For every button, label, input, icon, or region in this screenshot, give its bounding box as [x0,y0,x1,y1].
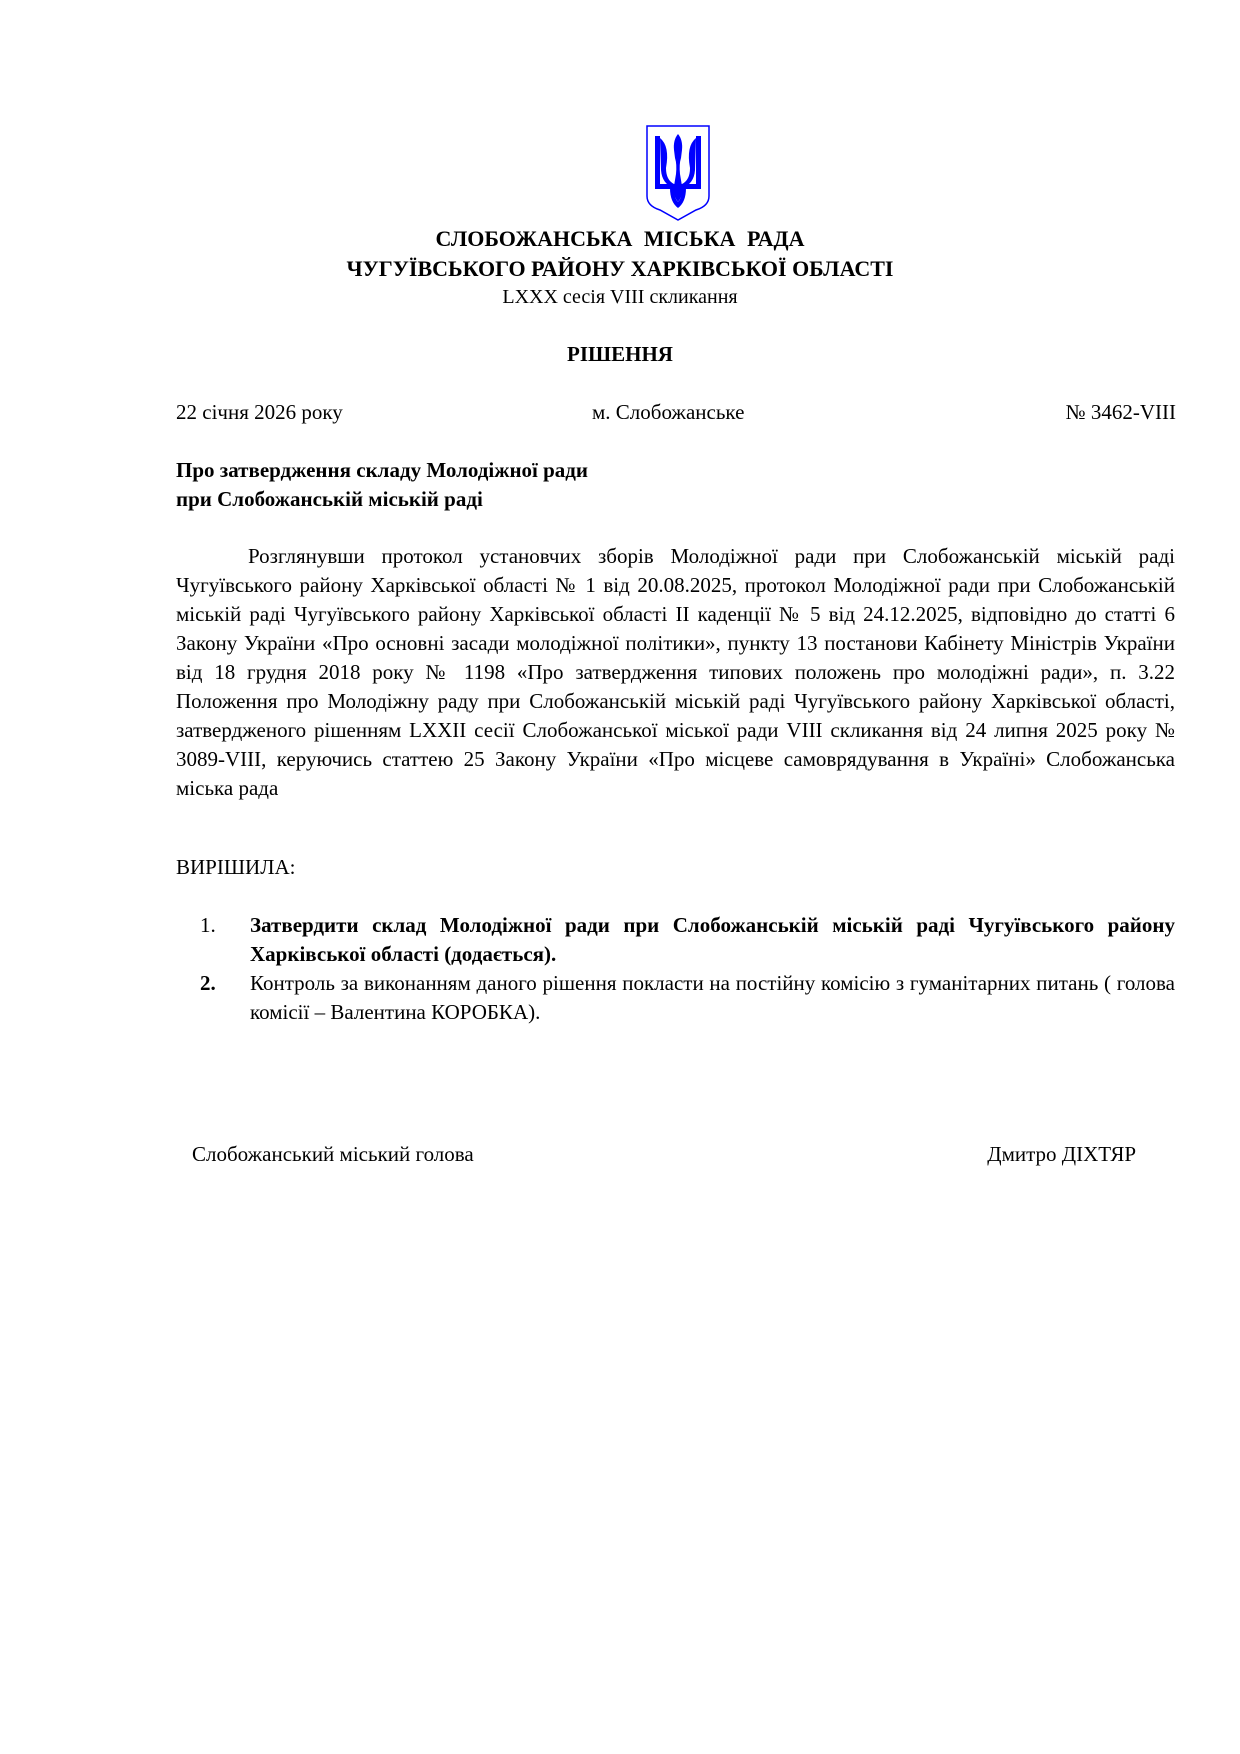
list-item: 1. Затвердити склад Молодіжної ради при … [200,911,1175,969]
preamble-text: Розглянувши протокол установчих зборів М… [176,542,1175,803]
item-number: 1. [200,911,250,969]
item-text: Контроль за виконанням даного рішення по… [250,969,1175,1027]
council-name: СЛОБОЖАНСЬКА МІСЬКА РАДА [0,226,1240,252]
ukraine-trident-icon [644,124,712,222]
decision-number: № 3462-VIII [1066,400,1176,425]
decision-subject: Про затвердження складу Молодіжної ради … [176,456,588,514]
subject-line-2: при Слобожанській міській раді [176,485,588,514]
preamble: Розглянувши протокол установчих зборів М… [176,542,1175,803]
session-label: LXXX сесія VIII скликання [0,286,1240,309]
item-text: Затвердити склад Молодіжної ради при Сло… [250,911,1175,969]
resolution-list: 1. Затвердити склад Молодіжної ради при … [200,911,1175,1027]
signatory-position: Слобожанський міський голова [192,1142,474,1167]
signatory-name: Дмитро ДІХТЯР [987,1142,1136,1167]
list-item: 2. Контроль за виконанням даного рішення… [200,969,1175,1027]
decision-date: 22 січня 2026 року [176,400,343,425]
subject-line-1: Про затвердження складу Молодіжної ради [176,456,588,485]
document-type: РІШЕННЯ [0,342,1240,367]
resolved-label: ВИРІШИЛА: [176,855,295,880]
decision-place: м. Слобожанське [592,400,744,425]
district-name: ЧУГУЇВСЬКОГО РАЙОНУ ХАРКІВСЬКОЇ ОБЛАСТІ [0,256,1240,282]
item-number: 2. [200,969,250,1027]
